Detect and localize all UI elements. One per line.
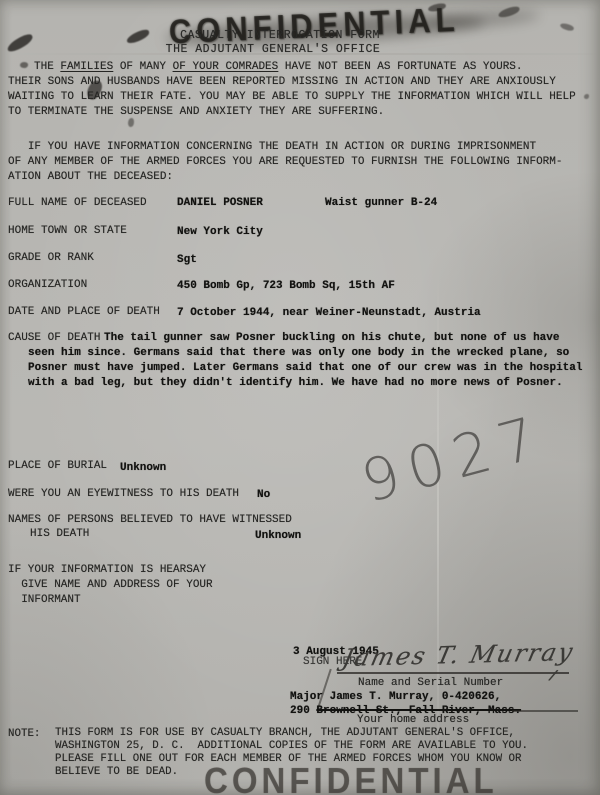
p1-underlined-of-your-comrades: OF YOUR COMRADES: [173, 61, 279, 73]
field-value-witnesses: Unknown: [255, 529, 301, 544]
form-title: CASUALTY INTERROGATION FORM: [0, 28, 560, 43]
field-value-home-town: New York City: [177, 225, 263, 240]
strike-line-extension: [512, 710, 578, 712]
scanned-document-page: CONFIDENTIAL CASUALTY INTERROGATION FORM…: [0, 0, 600, 795]
typed-name-serial: Major James T. Murray, 0-420626,: [290, 690, 501, 705]
field-label-grade-rank: GRADE OR RANK: [8, 251, 94, 266]
field-value-organization: 450 Bomb Gp, 723 Bomb Sq, 15th AF: [177, 279, 395, 294]
p1-text: OF MANY: [113, 61, 172, 73]
p1-text: THEIR SONS AND HUSBANDS HAVE BEEN REPORT…: [8, 76, 576, 118]
confidential-stamp-bottom: CONFIDENTIAL: [204, 760, 498, 795]
note-label: NOTE:: [8, 727, 40, 742]
field-label-home-town: HOME TOWN OR STATE: [8, 224, 127, 239]
field-value-duty-position: Waist gunner B-24: [325, 196, 437, 211]
intro-paragraph-2: IF YOU HAVE INFORMATION CONCERNING THE D…: [8, 140, 598, 185]
intro-paragraph-1: THE FAMILIES OF MANY OF YOUR COMRADES HA…: [8, 60, 586, 120]
field-label-full-name: FULL NAME OF DECEASED: [8, 196, 147, 211]
field-label-place-of-burial: PLACE OF BURIAL: [8, 459, 107, 474]
field-label-date-place-of-death: DATE AND PLACE OF DEATH: [8, 305, 160, 320]
field-label-organization: ORGANIZATION: [8, 278, 87, 293]
field-value-eyewitness: No: [257, 488, 270, 503]
p1-text: THE: [34, 61, 60, 73]
field-label-eyewitness: WERE YOU AN EYEWITNESS TO HIS DEATH: [8, 487, 239, 502]
field-value-cause-of-death: The tail gunner saw Posner buckling on h…: [28, 331, 590, 391]
field-value-full-name: DANIEL POSNER: [177, 196, 263, 211]
signature-caption: Name and Serial Number: [358, 676, 503, 691]
field-value-date-place-of-death: 7 October 1944, near Weiner-Neunstadt, A…: [177, 306, 481, 321]
p1-underlined-families: FAMILIES: [60, 61, 113, 73]
signature-line: [337, 672, 569, 674]
address-number: 290: [290, 705, 316, 717]
office-title: THE ADJUTANT GENERAL'S OFFICE: [0, 42, 546, 57]
ink-smudge: [559, 22, 574, 32]
field-value-grade-rank: Sgt: [177, 253, 197, 268]
pen-slash-mark: /: [547, 669, 560, 686]
field-label-witnesses-line1: NAMES OF PERSONS BELIEVED TO HAVE WITNES…: [8, 513, 292, 528]
handwritten-number-annotation: 9027: [354, 402, 553, 516]
handwritten-signature: James T. Murray: [340, 638, 577, 672]
p1-text: HAVE NOT BEEN AS FORTUNATE AS YOURS.: [278, 61, 522, 73]
field-label-hearsay-informant: IF YOUR INFORMATION IS HEARSAY GIVE NAME…: [8, 563, 308, 608]
field-label-witnesses-line2: HIS DEATH: [30, 527, 89, 542]
home-address-caption: Your home address: [357, 713, 469, 728]
field-value-place-of-burial: Unknown: [120, 461, 166, 476]
